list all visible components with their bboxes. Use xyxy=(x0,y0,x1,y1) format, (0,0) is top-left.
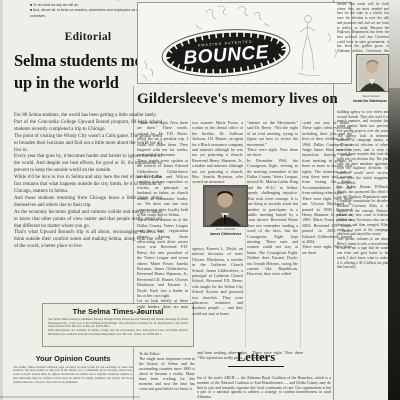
letter-wide-text: but of the state's ARCH — the Alabama Ru… xyxy=(197,376,331,400)
bounce-balloon: AMAZING PATENTED BOUNCE xyxy=(161,26,292,81)
gildersleeve-portrait-photo xyxy=(203,185,248,227)
columnist-photo xyxy=(356,54,389,92)
scan-edge-left xyxy=(0,0,3,400)
letters-section-heading: Letters xyxy=(228,350,284,367)
scan-band-right xyxy=(388,88,400,400)
opinion-box-title: Your Opinion Counts xyxy=(13,354,133,363)
photo-credit: Times-Journal file xyxy=(203,228,248,231)
letter-to-editor-text: To the Editor: The single most important… xyxy=(139,352,195,400)
gildersleeve-column-3: “minute on the Movement,” said Dr. Reese… xyxy=(247,120,298,348)
columnist-silhouette xyxy=(357,55,388,91)
newspaper-editorial-page: ■ To be honest and fair in all that we d… xyxy=(0,0,400,400)
column-title: Inside the Statehouse xyxy=(350,99,390,103)
columnist-byline: Steve Flowers xyxy=(352,94,390,98)
statehouse-column-top: ensure that roads will be built where th… xyxy=(337,2,389,52)
gildersleeve-headline: Gildersleeve's memory lives on xyxy=(137,91,353,108)
editorial-cartoon: AMAZING PATENTED BOUNCE xyxy=(137,2,352,84)
cartoon-drawing: AMAZING PATENTED BOUNCE xyxy=(138,3,352,84)
statehouse-column-bottom: building agency to woo voters and reward… xyxy=(337,110,389,398)
opinion-box-fine-print: The Selma Times-Journal's editorial page… xyxy=(13,366,133,386)
opinion-policy-box: Your Opinion Counts The Selma Times-Jour… xyxy=(10,352,136,400)
column-rule-g3 xyxy=(300,120,301,348)
portrait-silhouette xyxy=(204,186,247,226)
gildersleeve-column-1: “There were eight. Now there are three.”… xyxy=(137,120,188,348)
scan-band-right-top xyxy=(389,0,400,90)
gildersleeve-column-2-bottom: agency; Earnest L. Doyle, an interior de… xyxy=(192,246,243,348)
photo-caption: James Gildersleeve xyxy=(203,232,248,236)
gildersleeve-column-2-top: two women. Marie Foster, a worker in the… xyxy=(192,120,243,184)
